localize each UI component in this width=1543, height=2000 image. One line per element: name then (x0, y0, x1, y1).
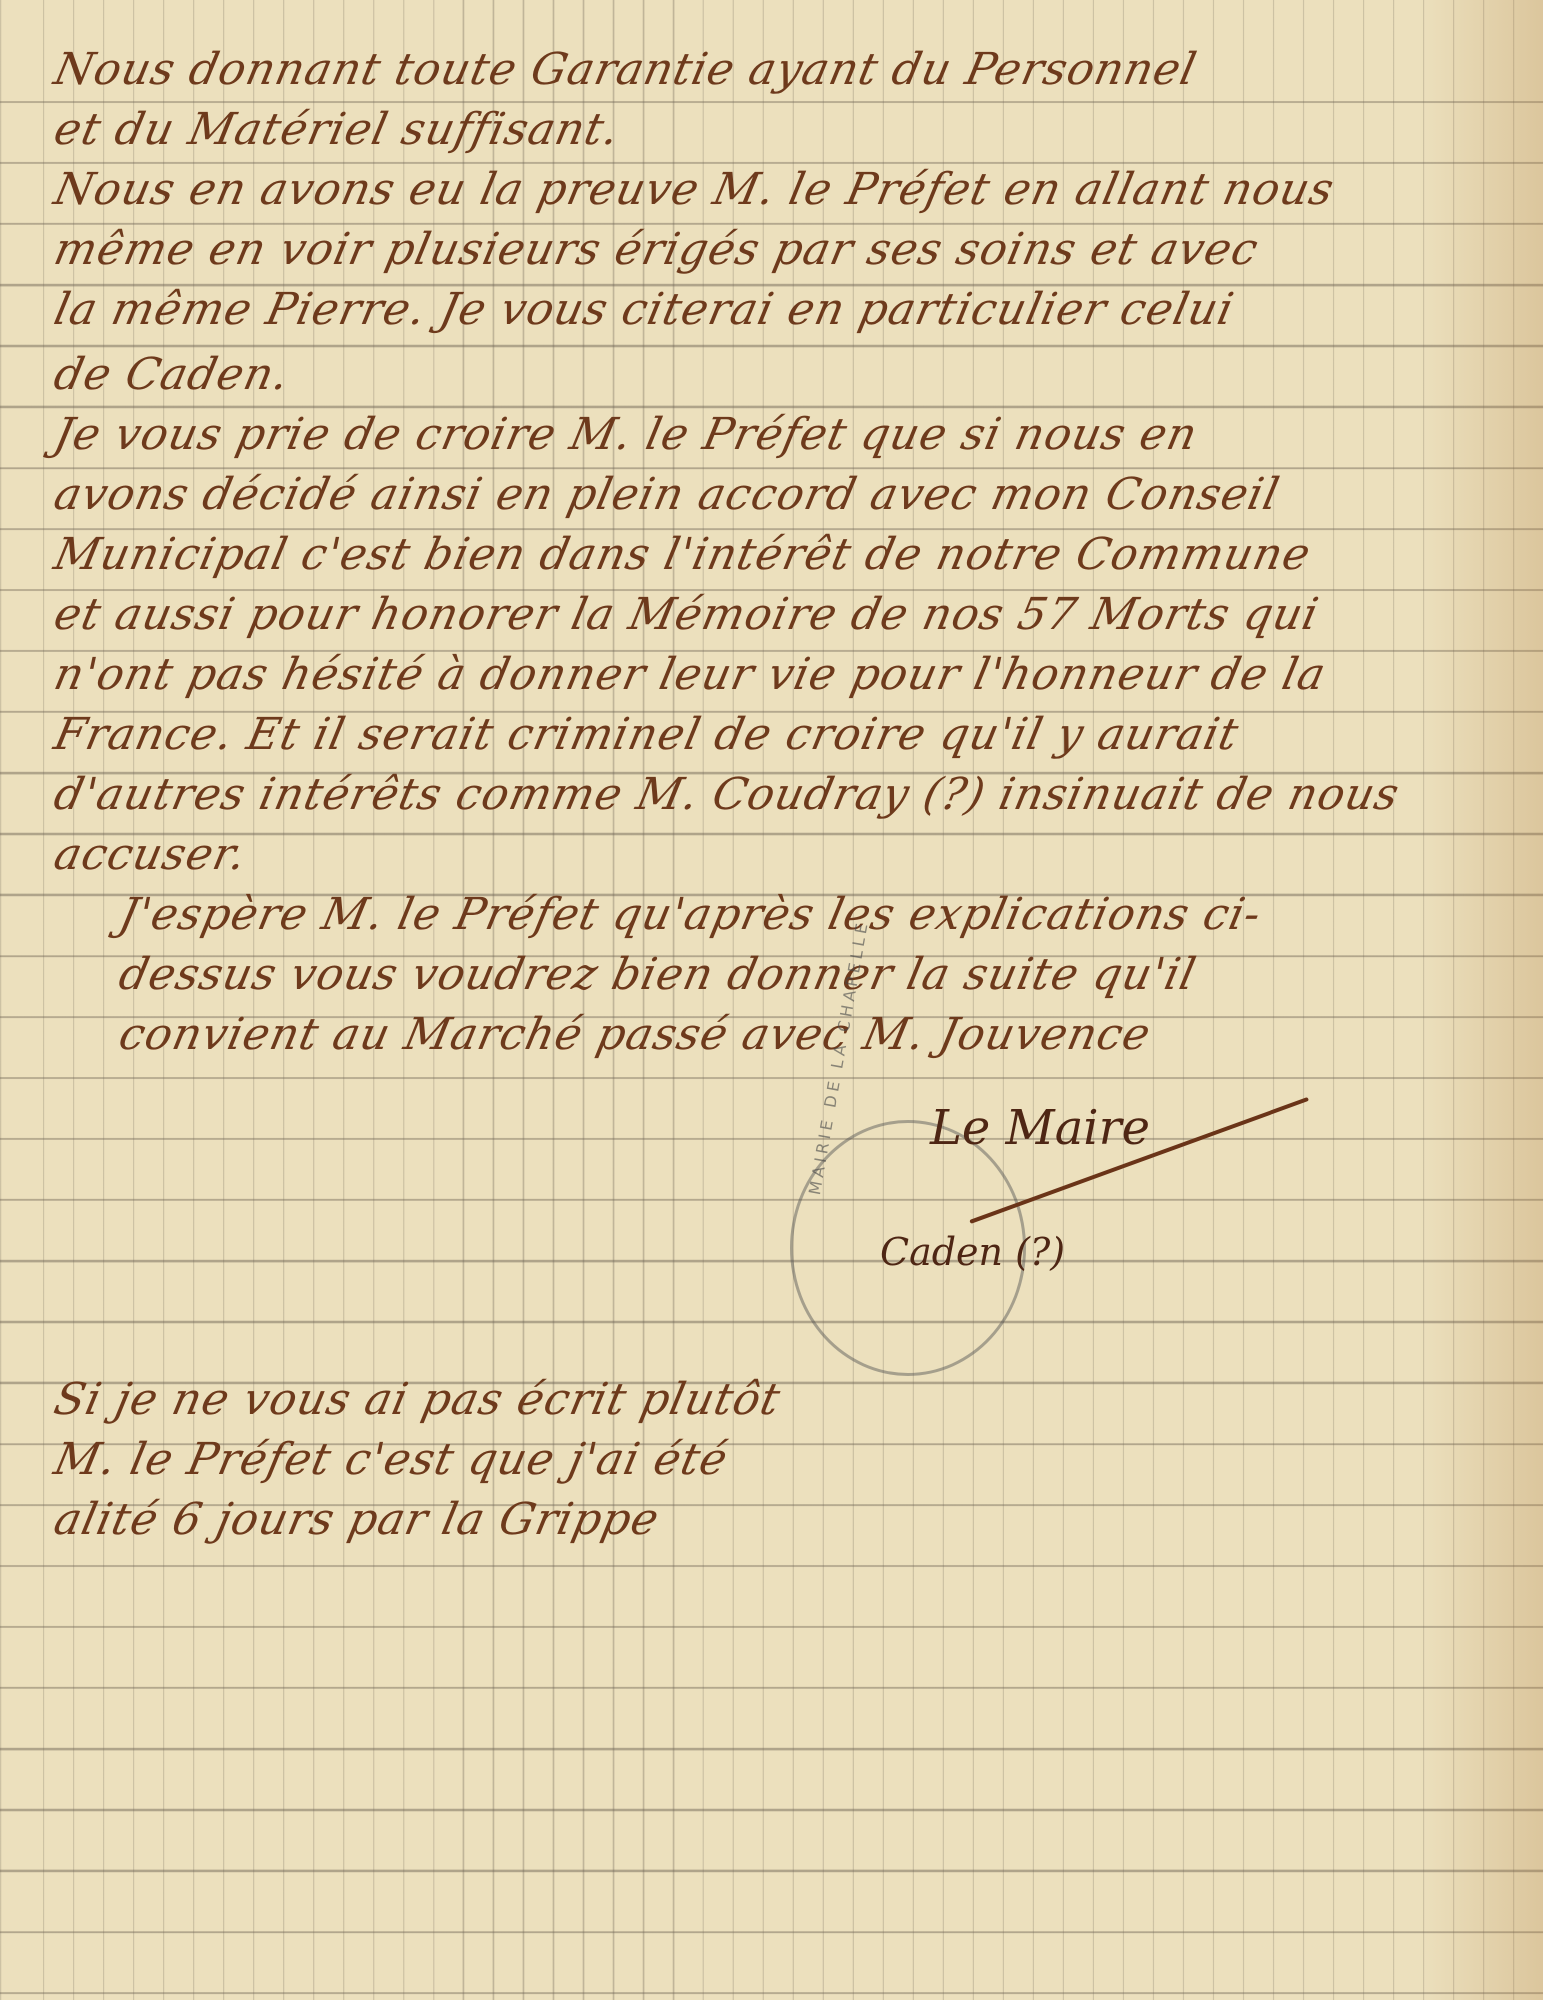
letter-page: Nous donnant toute Garantie ayant du Per… (0, 0, 1543, 2000)
signature-block: MAIRIE DE LA CHAPELLE Le Maire Caden (?) (740, 1090, 1300, 1390)
body-line: et du Matériel suffisant. (49, 100, 626, 160)
postscript-line: Si je ne vous ai pas écrit plutôt (49, 1370, 786, 1430)
closing-line: convient au Marché passé avec M. Jouvenc… (114, 1005, 1157, 1065)
closing-line: dessus vous voudrez bien donner la suite… (114, 945, 1202, 1005)
body-line: de Caden. (49, 345, 295, 405)
signature-title: Le Maire (930, 1100, 1150, 1156)
body-line: France. Et il serait criminel de croire … (49, 705, 1245, 765)
body-line: la même Pierre. Je vous citerai en parti… (49, 280, 1240, 340)
body-line: Municipal c'est bien dans l'intérêt de n… (49, 525, 1317, 585)
body-line: avons décidé ainsi en plein accord avec … (49, 465, 1285, 525)
postscript-line: M. le Préfet c'est que j'ai été (49, 1430, 734, 1490)
body-line: n'ont pas hésité à donner leur vie pour … (49, 645, 1332, 705)
postscript-line: alité 6 jours par la Grippe (49, 1490, 665, 1550)
closing-line: J'espère M. le Préfet qu'après les expli… (114, 885, 1267, 945)
body-line: même en voir plusieurs érigés par ses so… (49, 220, 1264, 280)
body-line: accuser. (49, 825, 252, 885)
signature-name: Caden (?) (880, 1230, 1065, 1274)
body-line: Nous donnant toute Garantie ayant du Per… (49, 40, 1203, 100)
body-line: d'autres intérêts comme M. Coudray (?) i… (49, 765, 1405, 825)
body-line: Nous en avons eu la preuve M. le Préfet … (49, 160, 1340, 220)
body-line: Je vous prie de croire M. le Préfet que … (49, 405, 1204, 465)
body-line: et aussi pour honorer la Mémoire de nos … (49, 585, 1325, 645)
